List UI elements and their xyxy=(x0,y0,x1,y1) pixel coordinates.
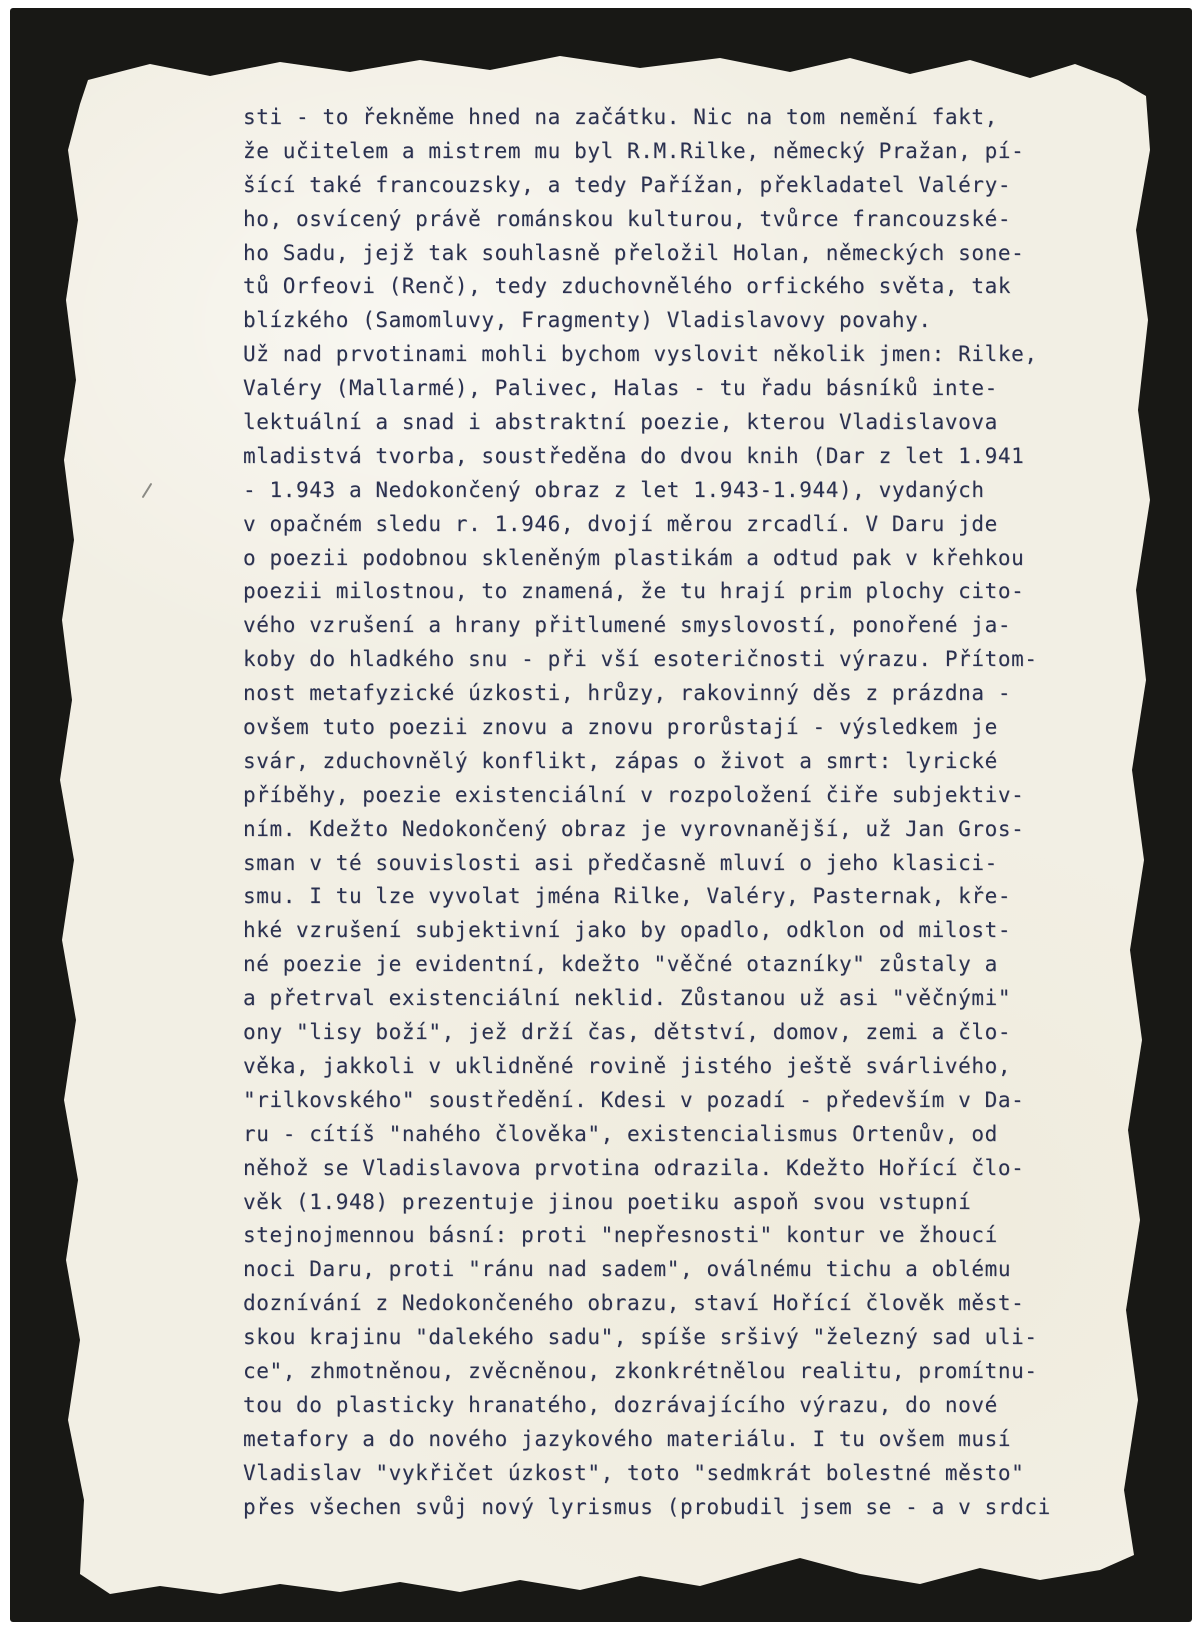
typewritten-line: mladistvá tvorba, soustředěna do dvou kn… xyxy=(243,440,1073,474)
scanned-page: sti - to řekněme hned na začátku. Nic na… xyxy=(0,0,1200,1627)
typewritten-line: Vladislav "vykřičet úzkost", toto "sedmk… xyxy=(243,1457,1073,1491)
typewritten-line: ony "lisy boží", jež drží čas, dětství, … xyxy=(243,1016,1073,1050)
typewritten-line: stejnojmennou básní: proti "nepřesnosti"… xyxy=(243,1219,1073,1253)
typewritten-line: věk (1.948) prezentuje jinou poetiku asp… xyxy=(243,1186,1073,1220)
typewritten-line: blízkého (Samomluvy, Fragmenty) Vladisla… xyxy=(243,304,1073,338)
typewritten-text: sti - to řekněme hned na začátku. Nic na… xyxy=(243,101,1073,1524)
typewritten-line: koby do hladkého snu - při vší esoteričn… xyxy=(243,643,1073,677)
typewritten-line: noci Daru, proti "ránu nad sadem", ováln… xyxy=(243,1253,1073,1287)
typewritten-line: ním. Kdežto Nedokončený obraz je vyrovna… xyxy=(243,813,1073,847)
typewritten-line: - 1.943 a Nedokončený obraz z let 1.943-… xyxy=(243,474,1073,508)
typewritten-line: šící také francouzsky, a tedy Pařížan, p… xyxy=(243,169,1073,203)
typewritten-line: ho Sadu, jejž tak souhlasně přeložil Hol… xyxy=(243,237,1073,271)
typewritten-line: né poezie je evidentní, kdežto "věčné ot… xyxy=(243,948,1073,982)
typewritten-line: tů Orfeovi (Renč), tedy zduchovnělého or… xyxy=(243,270,1073,304)
typewritten-line: smu. I tu lze vyvolat jména Rilke, Valér… xyxy=(243,880,1073,914)
typewritten-line: ho, osvícený právě románskou kulturou, t… xyxy=(243,203,1073,237)
paper-sheet: sti - to řekněme hned na začátku. Nic na… xyxy=(0,0,1200,1627)
typewritten-line: doznívání z Nedokončeného obrazu, staví … xyxy=(243,1287,1073,1321)
typewritten-line: Valéry (Mallarmé), Palivec, Halas - tu ř… xyxy=(243,372,1073,406)
typewritten-line: v opačném sledu r. 1.946, dvojí měrou zr… xyxy=(243,508,1073,542)
typewritten-line: ru - cítíš "nahého člověka", existencial… xyxy=(243,1118,1073,1152)
typewritten-line: přes všechen svůj nový lyrismus (probudi… xyxy=(243,1491,1073,1525)
typewritten-line: skou krajinu "dalekého sadu", spíše srši… xyxy=(243,1321,1073,1355)
typewritten-line: něhož se Vladislavova prvotina odrazila.… xyxy=(243,1152,1073,1186)
typewritten-line: sman v té souvislosti asi předčasně mluv… xyxy=(243,847,1073,881)
typewritten-line: tou do plasticky hranatého, dozrávajícíh… xyxy=(243,1389,1073,1423)
typewritten-line: "rilkovského" soustředění. Kdesi v pozad… xyxy=(243,1084,1073,1118)
typewritten-line: metafory a do nového jazykového materiál… xyxy=(243,1423,1073,1457)
typewritten-line: příběhy, poezie existenciální v rozpolož… xyxy=(243,779,1073,813)
typewritten-line: že učitelem a mistrem mu byl R.M.Rilke, … xyxy=(243,135,1073,169)
typewritten-line: ovšem tuto poezii znovu a znovu prorůsta… xyxy=(243,711,1073,745)
typewritten-line: ce", zhmotněnou, zvěcněnou, zkonkrétnělo… xyxy=(243,1355,1073,1389)
typewritten-line: svár, zduchovnělý konflikt, zápas o živo… xyxy=(243,745,1073,779)
margin-pencil-mark xyxy=(142,483,153,498)
typewritten-line: Už nad prvotinami mohli bychom vyslovit … xyxy=(243,338,1073,372)
typewritten-line: sti - to řekněme hned na začátku. Nic na… xyxy=(243,101,1073,135)
typewritten-line: a přetrval existenciální neklid. Zůstano… xyxy=(243,982,1073,1016)
typewritten-line: hké vzrušení subjektivní jako by opadlo,… xyxy=(243,914,1073,948)
typewritten-line: vého vzrušení a hrany přitlumené smyslov… xyxy=(243,609,1073,643)
typewritten-line: o poezii podobnou skleněným plastikám a … xyxy=(243,542,1073,576)
typewritten-line: poezii milostnou, to znamená, že tu hraj… xyxy=(243,575,1073,609)
typewritten-line: lektuální a snad i abstraktní poezie, kt… xyxy=(243,406,1073,440)
typewritten-line: nost metafyzické úzkosti, hrůzy, rakovin… xyxy=(243,677,1073,711)
typewritten-line: věka, jakkoli v uklidněné rovině jistého… xyxy=(243,1050,1073,1084)
